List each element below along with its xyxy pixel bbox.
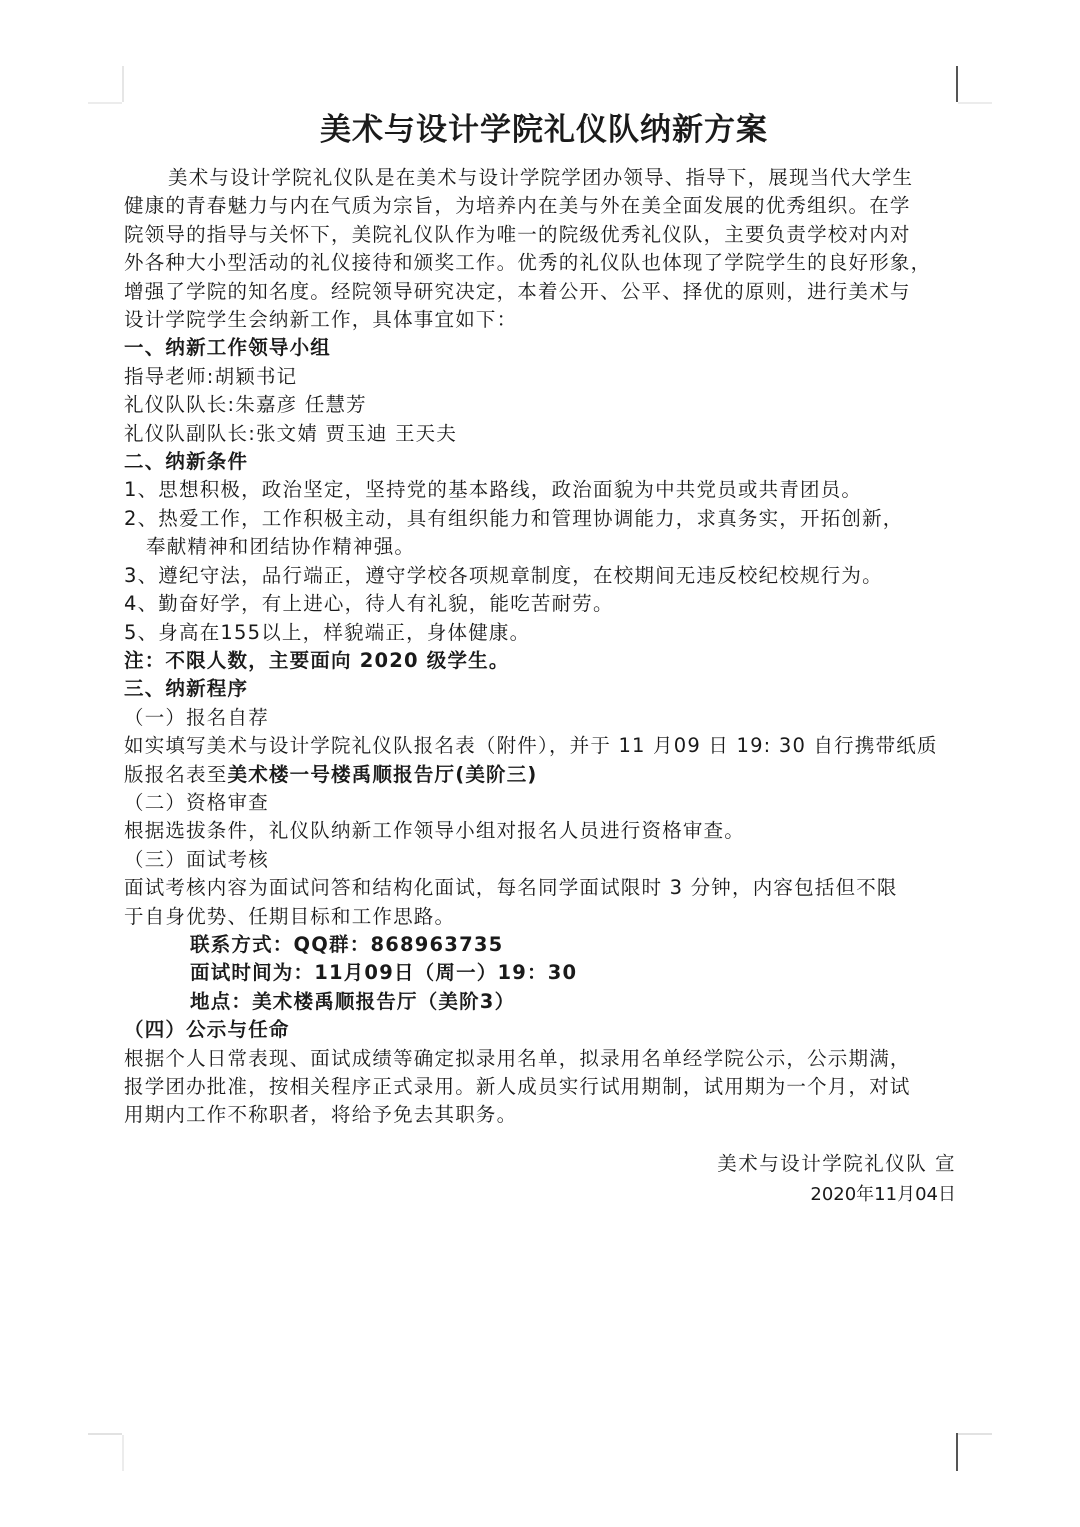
interview-line: 面试考核内容为面试问答和结构化面试，每名同学面试限时 3 分钟，内容包括但不限 bbox=[124, 874, 964, 902]
intro-paragraph: 美术与设计学院礼仪队是在美术与设计学院学团办领导、指导下，展现当代大学生 健康的… bbox=[124, 164, 964, 334]
crop-mark-top-left-horizontal bbox=[88, 102, 122, 104]
condition-item: 2、热爱工作，工作积极主动，具有组织能力和管理协调能力，求真务实，开拓创新， bbox=[124, 505, 964, 533]
condition-item: 3、遵纪守法，品行端正，遵守学校各项规章制度，在校期间无违反校纪校规行为。 bbox=[124, 562, 964, 590]
interview-time-line: 面试时间为：11月09日（周一）19：30 bbox=[124, 959, 964, 987]
intro-line: 美术与设计学院礼仪队是在美术与设计学院学团办领导、指导下，展现当代大学生 bbox=[124, 164, 964, 192]
advisor-line: 指导老师:胡颖书记 bbox=[124, 363, 964, 391]
crop-mark-bottom-left-vertical bbox=[122, 1435, 124, 1471]
condition-item-continuation: 奉献精神和团结协作精神强。 bbox=[124, 533, 964, 561]
contact-line: 联系方式：QQ群：868963735 bbox=[124, 931, 964, 959]
condition-item: 5、身高在155以上，样貌端正，身体健康。 bbox=[124, 619, 964, 647]
condition-item: 1、思想积极，政治坚定，坚持党的基本路线，政治面貌为中共党员或共青团员。 bbox=[124, 476, 964, 504]
registration-line: 版报名表至美术楼一号楼禹顺报告厅(美阶三) bbox=[124, 761, 964, 789]
appointment-line: 用期内工作不称职者，将给予免去其职务。 bbox=[124, 1101, 964, 1129]
interview-line: 于自身优势、任期目标和工作思路。 bbox=[124, 903, 964, 931]
crop-mark-bottom-right-horizontal bbox=[958, 1433, 992, 1435]
subsection-heading: （四）公示与任命 bbox=[124, 1016, 964, 1044]
signature-date: 2020年11月04日 bbox=[810, 1180, 956, 1206]
document-page: 美术与设计学院礼仪队纳新方案 美术与设计学院礼仪队是在美术与设计学院学团办领导、… bbox=[124, 108, 964, 1130]
intro-line: 设计学院学生会纳新工作，具体事宜如下： bbox=[124, 306, 964, 334]
section-conditions: 二、纳新条件 1、思想积极，政治坚定，坚持党的基本路线，政治面貌为中共党员或共青… bbox=[124, 448, 964, 675]
appointment-line: 根据个人日常表现、面试成绩等确定拟录用名单，拟录用名单经学院公示，公示期满， bbox=[124, 1045, 964, 1073]
subsection-heading: （三）面试考核 bbox=[124, 846, 964, 874]
section-heading: 三、纳新程序 bbox=[124, 675, 964, 703]
section-heading: 一、纳新工作领导小组 bbox=[124, 334, 964, 362]
captain-line: 礼仪队队长:朱嘉彦 任慧芳 bbox=[124, 391, 964, 419]
intro-line: 外各种大小型活动的礼仪接待和颁奖工作。优秀的礼仪队也体现了学院学生的良好形象， bbox=[124, 249, 964, 277]
review-line: 根据选拔条件，礼仪队纳新工作领导小组对报名人员进行资格审查。 bbox=[124, 817, 964, 845]
crop-mark-bottom-right-vertical bbox=[956, 1433, 958, 1471]
intro-line: 健康的青春魅力与内在气质为宗旨，为培养内在美与外在美全面发展的优秀组织。在学 bbox=[124, 192, 964, 220]
appointment-line: 报学团办批准，按相关程序正式录用。新人成员实行试用期制，试用期为一个月，对试 bbox=[124, 1073, 964, 1101]
condition-item: 4、勤奋好学，有上进心，待人有礼貌，能吃苦耐劳。 bbox=[124, 590, 964, 618]
note-line: 注：不限人数，主要面向 2020 级学生。 bbox=[124, 647, 964, 675]
registration-venue: 美术楼一号楼禹顺报告厅(美阶三) bbox=[228, 763, 538, 786]
section-leadership-group: 一、纳新工作领导小组 指导老师:胡颖书记 礼仪队队长:朱嘉彦 任慧芳 礼仪队副队… bbox=[124, 334, 964, 448]
crop-mark-top-right-horizontal bbox=[958, 102, 992, 104]
crop-mark-bottom-left-horizontal bbox=[88, 1433, 122, 1435]
section-procedure: 三、纳新程序 （一）报名自荐 如实填写美术与设计学院礼仪队报名表（附件），并于 … bbox=[124, 675, 964, 1130]
crop-mark-top-left-vertical bbox=[122, 66, 124, 102]
vice-captain-line: 礼仪队副队长:张文婧 贾玉迪 王天夫 bbox=[124, 420, 964, 448]
subsection-heading: （一）报名自荐 bbox=[124, 704, 964, 732]
registration-prefix: 版报名表至 bbox=[124, 763, 228, 786]
subsection-heading: （二）资格审查 bbox=[124, 789, 964, 817]
intro-line: 增强了学院的知名度。经院领导研究决定，本着公开、公平、择优的原则，进行美术与 bbox=[124, 278, 964, 306]
document-title: 美术与设计学院礼仪队纳新方案 bbox=[124, 108, 964, 152]
intro-line: 院领导的指导与关怀下，美院礼仪队作为唯一的院级优秀礼仪队，主要负责学校对内对 bbox=[124, 221, 964, 249]
location-line: 地点：美术楼禹顺报告厅（美阶3） bbox=[124, 988, 964, 1016]
registration-line: 如实填写美术与设计学院礼仪队报名表（附件），并于 11 月09 日 19: 30… bbox=[124, 732, 964, 760]
section-heading: 二、纳新条件 bbox=[124, 448, 964, 476]
crop-mark-top-right-vertical bbox=[956, 66, 958, 102]
signature-org: 美术与设计学院礼仪队 宣 bbox=[717, 1148, 956, 1176]
